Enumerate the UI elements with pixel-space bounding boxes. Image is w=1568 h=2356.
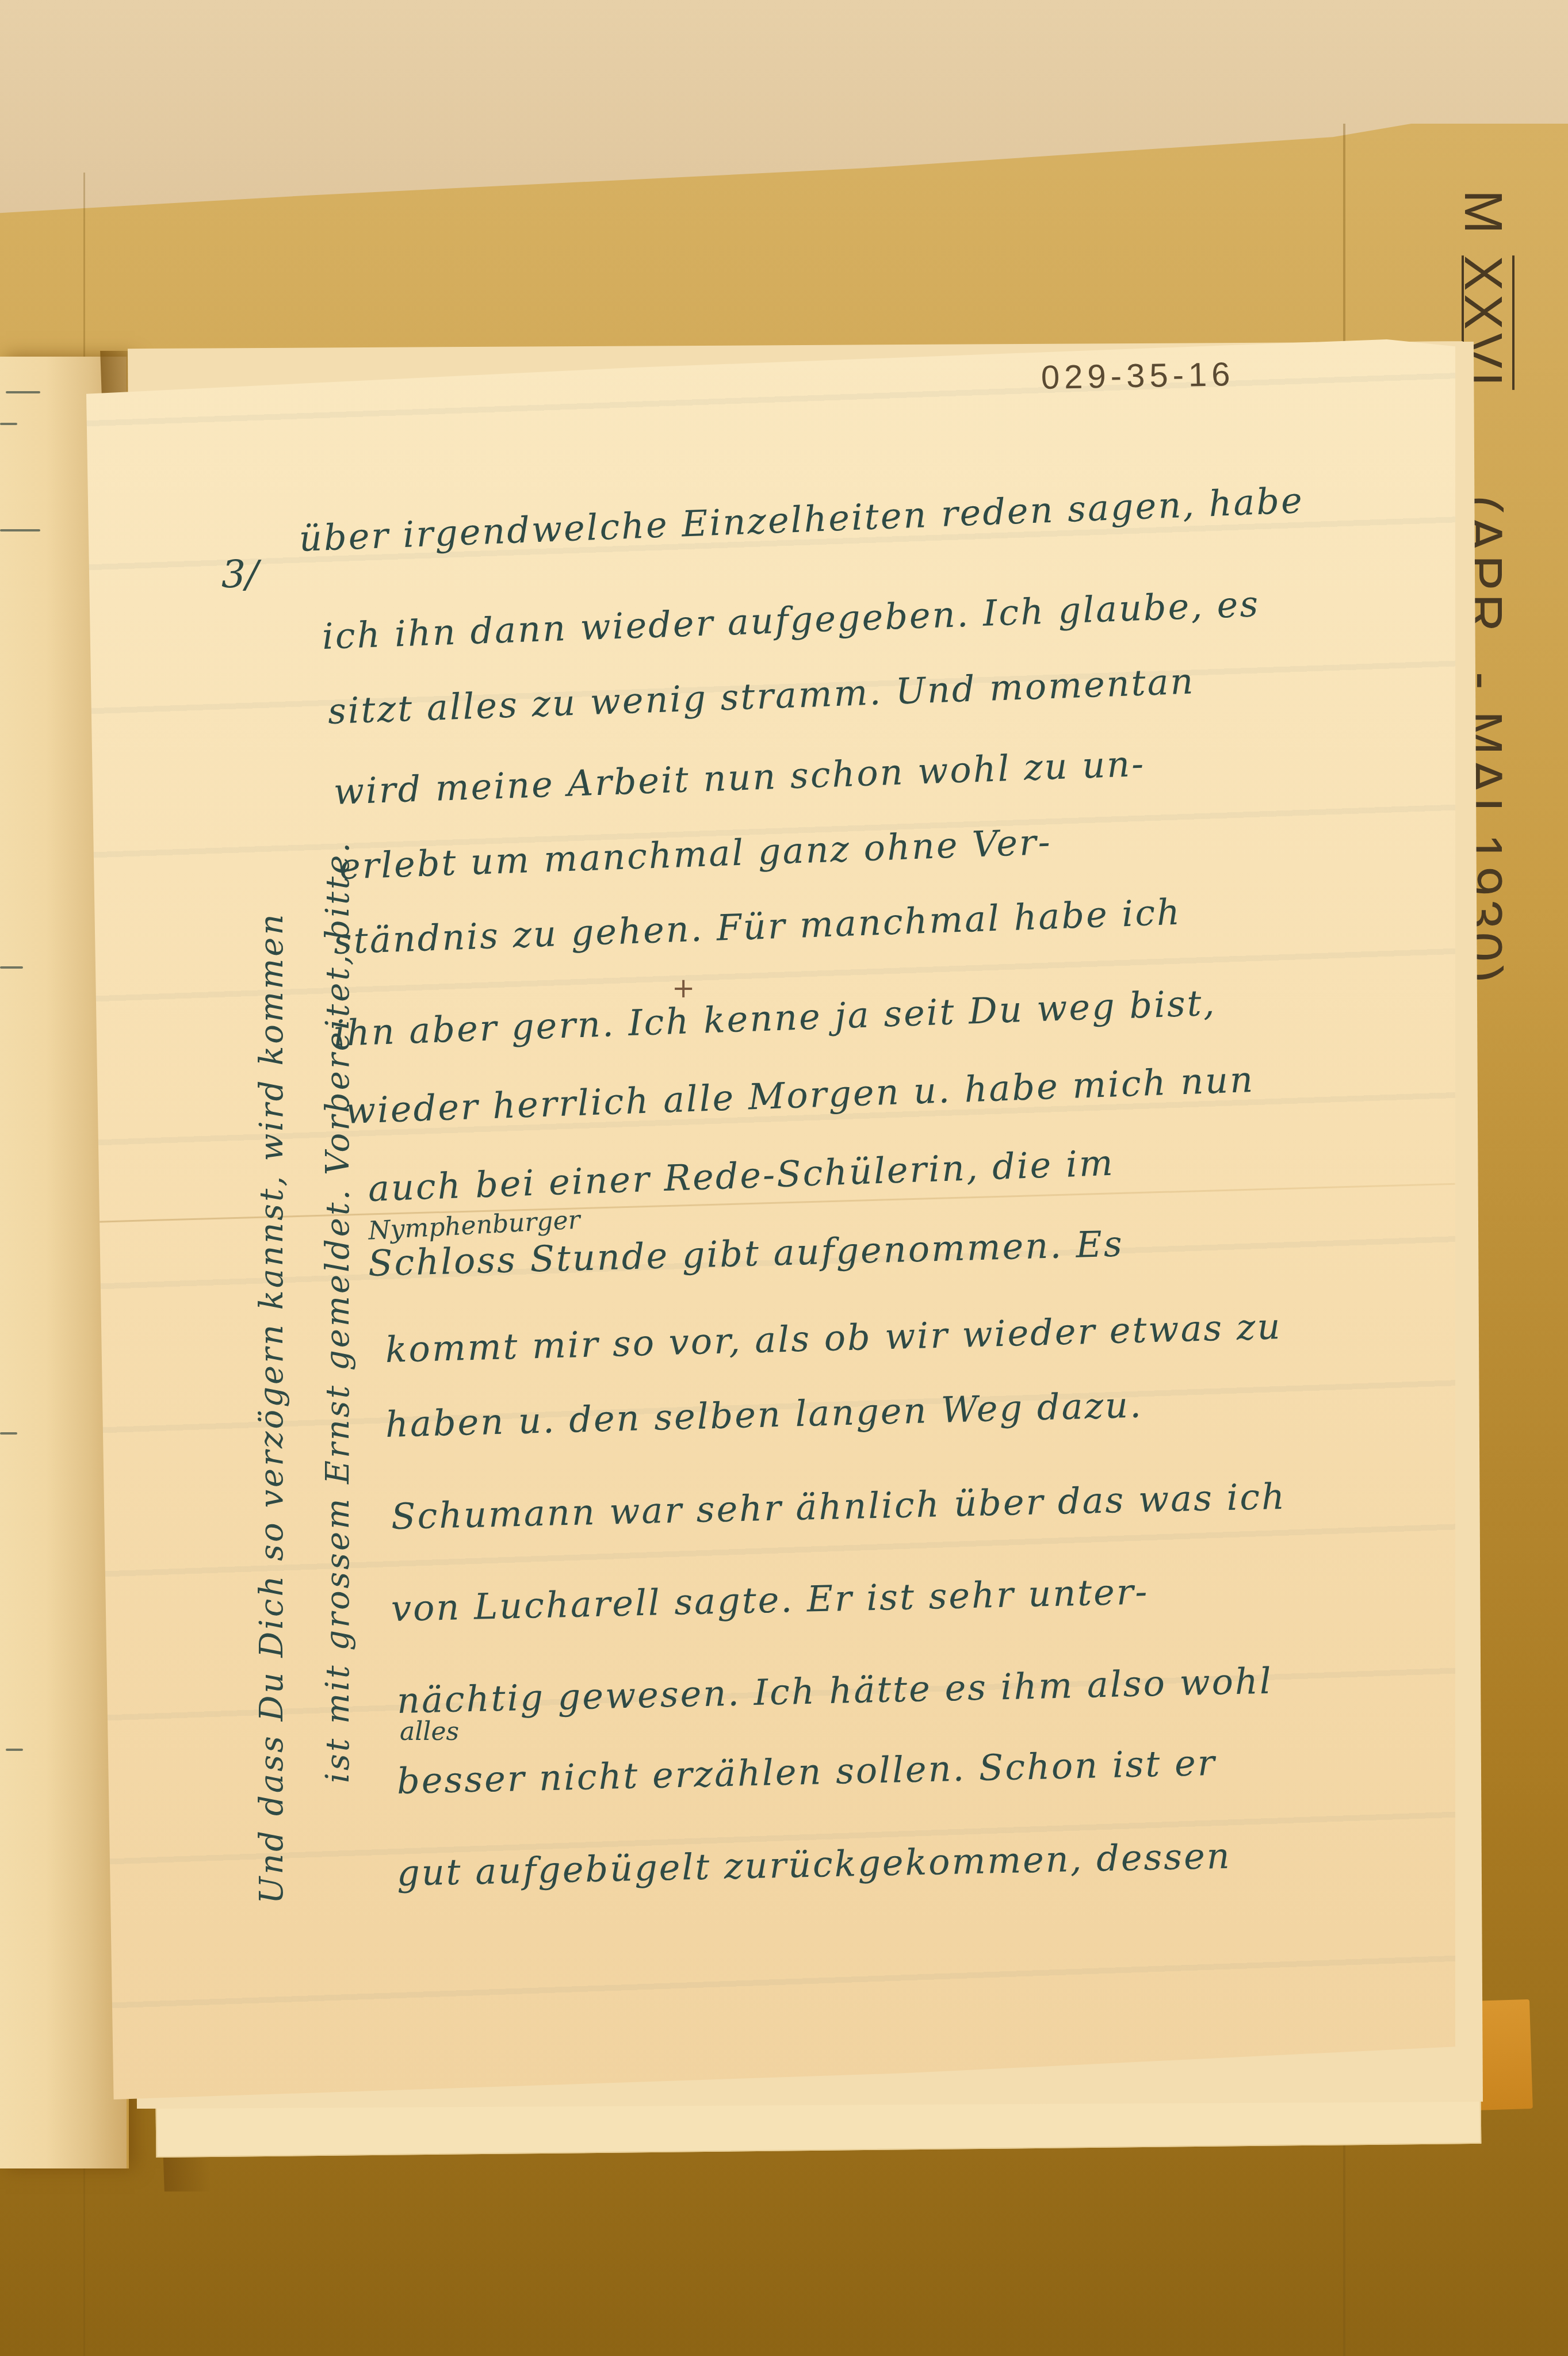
ink-fragment bbox=[6, 1749, 23, 1751]
folder-label-prefix: M bbox=[1454, 190, 1512, 255]
ink-fragment bbox=[0, 1432, 17, 1435]
ink-fragment bbox=[6, 391, 40, 393]
ink-fragment bbox=[0, 529, 40, 531]
folder-label: M XXVI (APR. - MAI 1930) bbox=[1473, 190, 1553, 794]
page-marker: 3/ bbox=[221, 552, 258, 596]
ink-fragment bbox=[0, 966, 23, 969]
interlinear-insert: alles bbox=[400, 1717, 459, 1746]
archive-number: 029-35-16 bbox=[1041, 355, 1235, 397]
margin-note: Und dass Du Dich so verzögern kannst, wi… bbox=[253, 912, 290, 1904]
ink-fragment bbox=[0, 423, 17, 425]
margin-note: ist mit grossem Ernst gemeldet. Vorberei… bbox=[319, 840, 357, 1783]
